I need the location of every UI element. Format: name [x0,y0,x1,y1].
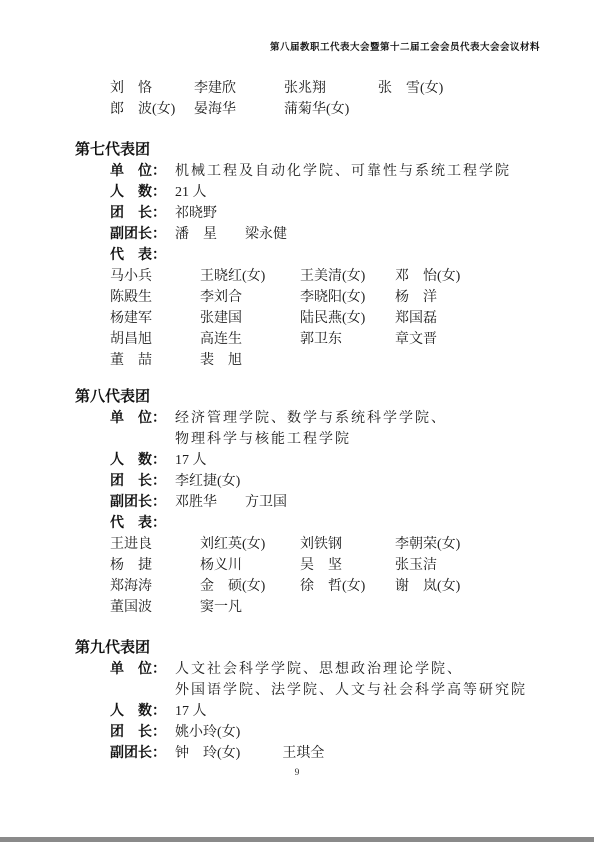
delegate-name: 李建欣 [194,78,284,99]
deputy-value: 邓胜华 方卫国 [175,492,287,513]
field-label-deputy: 副团长： [110,492,175,513]
delegates-row: 杨建军 张建国 陆民燕(女) 郑国磊 [0,308,594,329]
leader-value: 姚小玲(女) [175,722,240,743]
field-delegates: 代 表： [0,245,594,266]
delegate-name [300,597,395,618]
deputy-value: 潘 星 梁永健 [175,224,287,245]
delegate-name: 郑国磊 [395,308,594,329]
delegate-name: 杨义川 [200,555,300,576]
delegate-name: 郭卫东 [300,329,395,350]
delegate-name: 王晓红(女) [200,266,300,287]
delegates-row: 郑海涛 金 硕(女) 徐 哲(女) 谢 岚(女) [0,576,594,597]
delegate-name: 金 硕(女) [200,576,300,597]
field-label-delegates: 代 表： [110,513,175,534]
field-deputy: 副团长： 邓胜华 方卫国 [0,492,594,513]
field-label-unit: 单 位： [110,408,175,429]
delegate-name: 董国波 [110,597,200,618]
delegate-name: 吴 坚 [300,555,395,576]
delegate-name: 张 雪(女) [378,78,594,99]
field-leader: 团 长： 李红捷(女) [0,471,594,492]
delegate-name: 李刘合 [200,287,300,308]
delegate-name: 张玉洁 [395,555,594,576]
field-label-delegates: 代 表： [110,245,175,266]
delegation-9: 第九代表团 单 位： 人文社会科学学院、思想政治理论学院、 外国语学院、法学院、… [0,638,594,764]
unit-value: 机械工程及自动化学院、可靠性与系统工程学院 [175,161,511,182]
field-label-deputy: 副团长： [110,224,175,245]
delegate-name: 章文晋 [395,329,594,350]
delegate-name: 张兆翔 [284,78,378,99]
delegate-name: 刘红英(女) [200,534,300,555]
continued-delegates-row: 刘 恪 李建欣 张兆翔 张 雪(女) [0,78,594,99]
delegate-name: 胡昌旭 [110,329,200,350]
delegate-name: 郎 波(女) [110,99,194,120]
count-value: 17 人 [175,701,207,722]
delegation-title: 第九代表团 [75,638,594,659]
delegates-row: 陈殿生 李刘合 李晓阳(女) 杨 洋 [0,287,594,308]
field-label-count: 人 数： [110,450,175,471]
field-count: 人 数： 17 人 [0,701,594,722]
field-deputy: 副团长： 潘 星 梁永健 [0,224,594,245]
document-page: 第八届教职工代表大会暨第十二届工会会员代表大会会议材料 刘 恪 李建欣 张兆翔 … [0,0,594,842]
delegate-name [378,99,594,120]
delegate-name: 杨建军 [110,308,200,329]
delegate-name: 晏海华 [194,99,284,120]
delegate-name: 高连生 [200,329,300,350]
page-number: 9 [0,768,594,778]
delegates-row: 胡昌旭 高连生 郭卫东 章文晋 [0,329,594,350]
field-unit: 单 位： 人文社会科学学院、思想政治理论学院、 外国语学院、法学院、人文与社会科… [0,659,594,701]
delegate-name: 刘铁钢 [300,534,395,555]
delegates-row: 董国波 窦一凡 [0,597,594,618]
delegate-name: 陈殿生 [110,287,200,308]
field-label-leader: 团 长： [110,471,175,492]
continued-delegates-row: 郎 波(女) 晏海华 蒲菊华(女) [0,99,594,120]
field-count: 人 数： 17 人 [0,450,594,471]
delegate-name: 徐 哲(女) [300,576,395,597]
field-label-count: 人 数： [110,701,175,722]
delegate-name: 张建国 [200,308,300,329]
delegate-name: 王美清(女) [300,266,395,287]
leader-value: 李红捷(女) [175,471,240,492]
field-label-leader: 团 长： [110,203,175,224]
delegate-name: 郑海涛 [110,576,200,597]
delegation-7: 第七代表团 单 位： 机械工程及自动化学院、可靠性与系统工程学院 人 数： 21… [0,140,594,371]
field-delegates: 代 表： [0,513,594,534]
field-label-deputy: 副团长： [110,743,175,764]
delegate-name: 马小兵 [110,266,200,287]
unit-value-line: 物理科学与核能工程学院 [175,429,447,450]
delegate-name: 窦一凡 [200,597,300,618]
field-count: 人 数： 21 人 [0,182,594,203]
deputy-value: 钟 玲(女) 王琪全 [175,743,324,764]
unit-value-line: 经济管理学院、数学与系统科学学院、 [175,408,447,429]
delegate-name: 谢 岚(女) [395,576,594,597]
unit-value-line: 人文社会科学学院、思想政治理论学院、 [175,659,527,680]
delegate-name: 王进良 [110,534,200,555]
delegate-name: 陆民燕(女) [300,308,395,329]
field-label-unit: 单 位： [110,161,175,182]
delegates-row: 马小兵 王晓红(女) 王美清(女) 邓 怡(女) [0,266,594,287]
unit-value-line: 外国语学院、法学院、人文与社会科学高等研究院 [175,680,527,701]
window-edge-bar [0,837,594,842]
field-label-unit: 单 位： [110,659,175,680]
count-value: 21 人 [175,182,207,203]
delegate-name: 邓 怡(女) [395,266,594,287]
page-content: 刘 恪 李建欣 张兆翔 张 雪(女) 郎 波(女) 晏海华 蒲菊华(女) 第七代… [0,78,594,764]
delegates-row: 董 喆 裴 旭 [0,350,594,371]
delegate-name: 裴 旭 [200,350,300,371]
field-label-count: 人 数： [110,182,175,203]
delegate-name: 董 喆 [110,350,200,371]
document-header: 第八届教职工代表大会暨第十二届工会会员代表大会会议材料 [270,39,540,53]
delegate-name: 刘 恪 [110,78,194,99]
delegates-row: 王进良 刘红英(女) 刘铁钢 李朝荣(女) [0,534,594,555]
delegate-name: 李晓阳(女) [300,287,395,308]
count-value: 17 人 [175,450,207,471]
field-unit: 单 位： 经济管理学院、数学与系统科学学院、 物理科学与核能工程学院 [0,408,594,450]
delegate-name: 蒲菊华(女) [284,99,378,120]
field-leader: 团 长： 祁晓野 [0,203,594,224]
delegates-row: 杨 捷 杨义川 吴 坚 张玉洁 [0,555,594,576]
delegate-name: 杨 捷 [110,555,200,576]
delegate-name [395,597,594,618]
field-leader: 团 长： 姚小玲(女) [0,722,594,743]
delegation-title: 第八代表团 [75,387,594,408]
delegate-name: 杨 洋 [395,287,594,308]
delegate-name: 李朝荣(女) [395,534,594,555]
field-deputy: 副团长： 钟 玲(女) 王琪全 [0,743,594,764]
field-unit: 单 位： 机械工程及自动化学院、可靠性与系统工程学院 [0,161,594,182]
leader-value: 祁晓野 [175,203,217,224]
delegation-title: 第七代表团 [75,140,594,161]
delegation-8: 第八代表团 单 位： 经济管理学院、数学与系统科学学院、 物理科学与核能工程学院… [0,387,594,618]
delegate-name [395,350,594,371]
field-label-leader: 团 长： [110,722,175,743]
delegate-name [300,350,395,371]
